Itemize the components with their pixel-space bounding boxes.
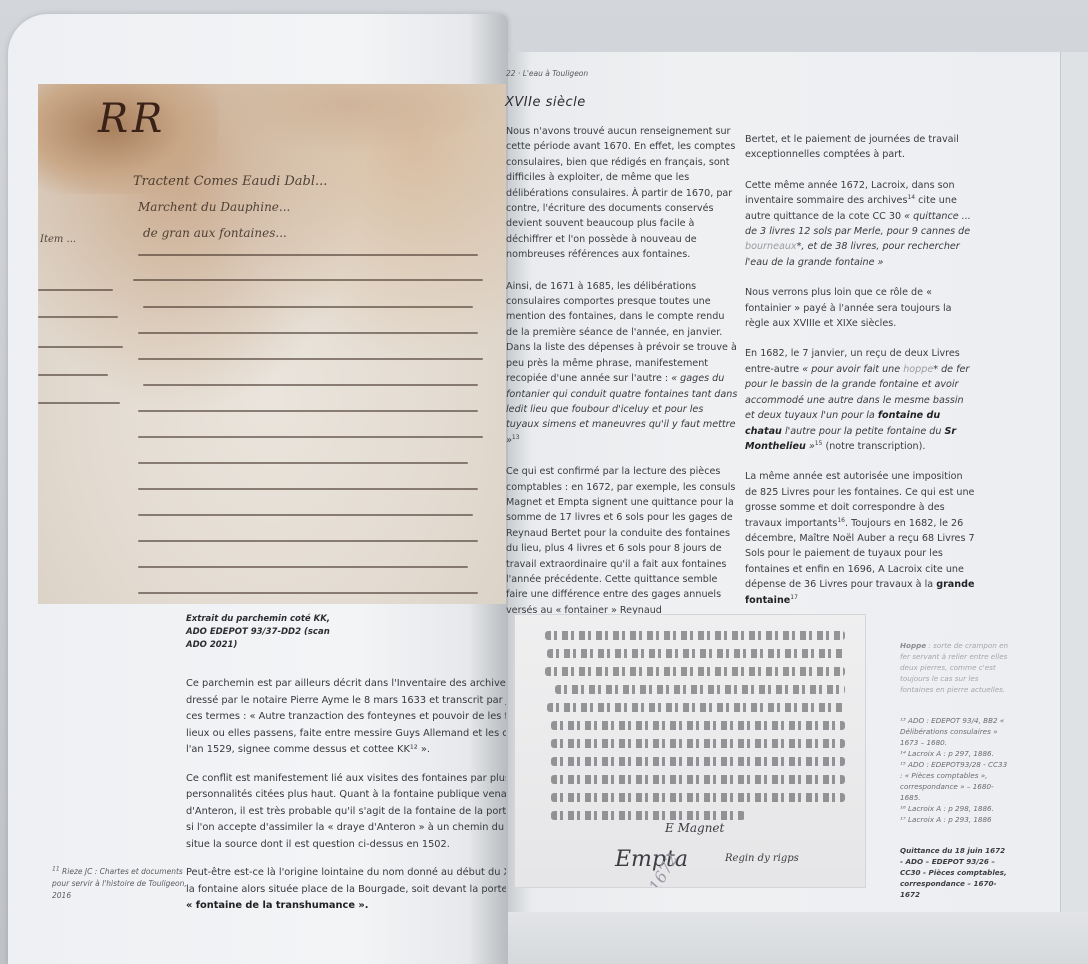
receipt-caption: Quittance du 18 juin 1672 - ADO – EDEPOT… (900, 845, 1010, 900)
section-title: XVIIe siècle (505, 95, 586, 110)
handwriting-line: Marchent du Dauphine... (138, 200, 290, 214)
side-notes: Hoppe : sorte de crampon en fer servant … (900, 640, 1010, 900)
paragraph: En 1682, le 7 janvier, un reçu de deux L… (745, 346, 975, 454)
parchment-photo: RR Tractent Comes Eaudi Dabl... Marchent… (38, 84, 506, 604)
parchment-mark: RR (98, 96, 166, 142)
footnote: ¹⁵ ADO : EDEPOT93/28 - CC33 : « Pièces c… (900, 759, 1010, 803)
footnotes-list: ¹³ ADO : EDEPOT 93/4, BB2 « Délibération… (900, 715, 1010, 825)
glossary-term-link: bourneaux (745, 241, 797, 252)
paragraph: Ce parchemin est par ailleurs décrit dan… (186, 676, 506, 759)
glossary-note: Hoppe : sorte de crampon en fer servant … (900, 640, 1010, 695)
footnote: ¹⁷ Lacroix A : p 293, 1886 (900, 814, 1010, 825)
paragraph: Ce qui est confirmé par la lecture des p… (506, 464, 738, 618)
paragraph: Ainsi, de 1671 à 1685, les délibérations… (506, 279, 738, 448)
footnote: ¹⁶ Lacroix A : p 298, 1886. (900, 803, 1010, 814)
paragraph: Ce conflit est manifestement lié aux vis… (186, 771, 506, 854)
paragraph: Peut-être est-ce là l'origine lointaine … (186, 865, 506, 915)
paragraph: Cette même année 1672, Lacroix, dans son… (745, 178, 975, 270)
parchment-stain (198, 84, 498, 154)
handwriting-line: Item ... (40, 234, 76, 245)
paragraph: La même année est autorisée une impositi… (745, 469, 975, 608)
caption-line: ADO 2021) (186, 639, 406, 652)
footnote: ¹³ ADO : EDEPOT 93/4, BB2 « Délibération… (900, 715, 1010, 748)
footnote: ¹⁴ Lacroix A : p 297, 1886. (900, 748, 1010, 759)
text-column-2: Bertet, et le paiement de journées de tr… (745, 132, 975, 623)
handwriting-line: Tractent Comes Eaudi Dabl... (133, 174, 327, 189)
signature: Regin dy rigps (725, 853, 799, 864)
caption-line: Extrait du parchemin coté KK, (186, 613, 406, 626)
handwriting-line: de gran aux fontaines... (143, 226, 287, 240)
running-header: 22 · L'eau à Touligeon (506, 69, 588, 78)
paragraph: Nous n'avons trouvé aucun renseignement … (506, 124, 738, 263)
signature: E Magnet (665, 821, 724, 835)
receipt-photo: E Magnet Empta Regin dy rigps 1672 (514, 614, 866, 888)
parchment-caption: Extrait du parchemin coté KK, ADO EDEPOT… (186, 613, 406, 652)
page-edge (1060, 52, 1088, 912)
paragraph: Bertet, et le paiement de journées de tr… (745, 132, 975, 163)
left-body-text: Ce parchemin est par ailleurs décrit dan… (186, 676, 506, 927)
page-bottom-shadow (508, 912, 1088, 964)
caption-line: ADO EDEPOT 93/37-DD2 (scan (186, 626, 406, 639)
text-column-1: Nous n'avons trouvé aucun renseignement … (506, 124, 738, 634)
footnote: 11 Rieze JC : Chartes et documents pour … (52, 866, 192, 902)
paragraph: Nous verrons plus loin que ce rôle de « … (745, 285, 975, 331)
glossary-term-link: hoppe (903, 364, 933, 375)
